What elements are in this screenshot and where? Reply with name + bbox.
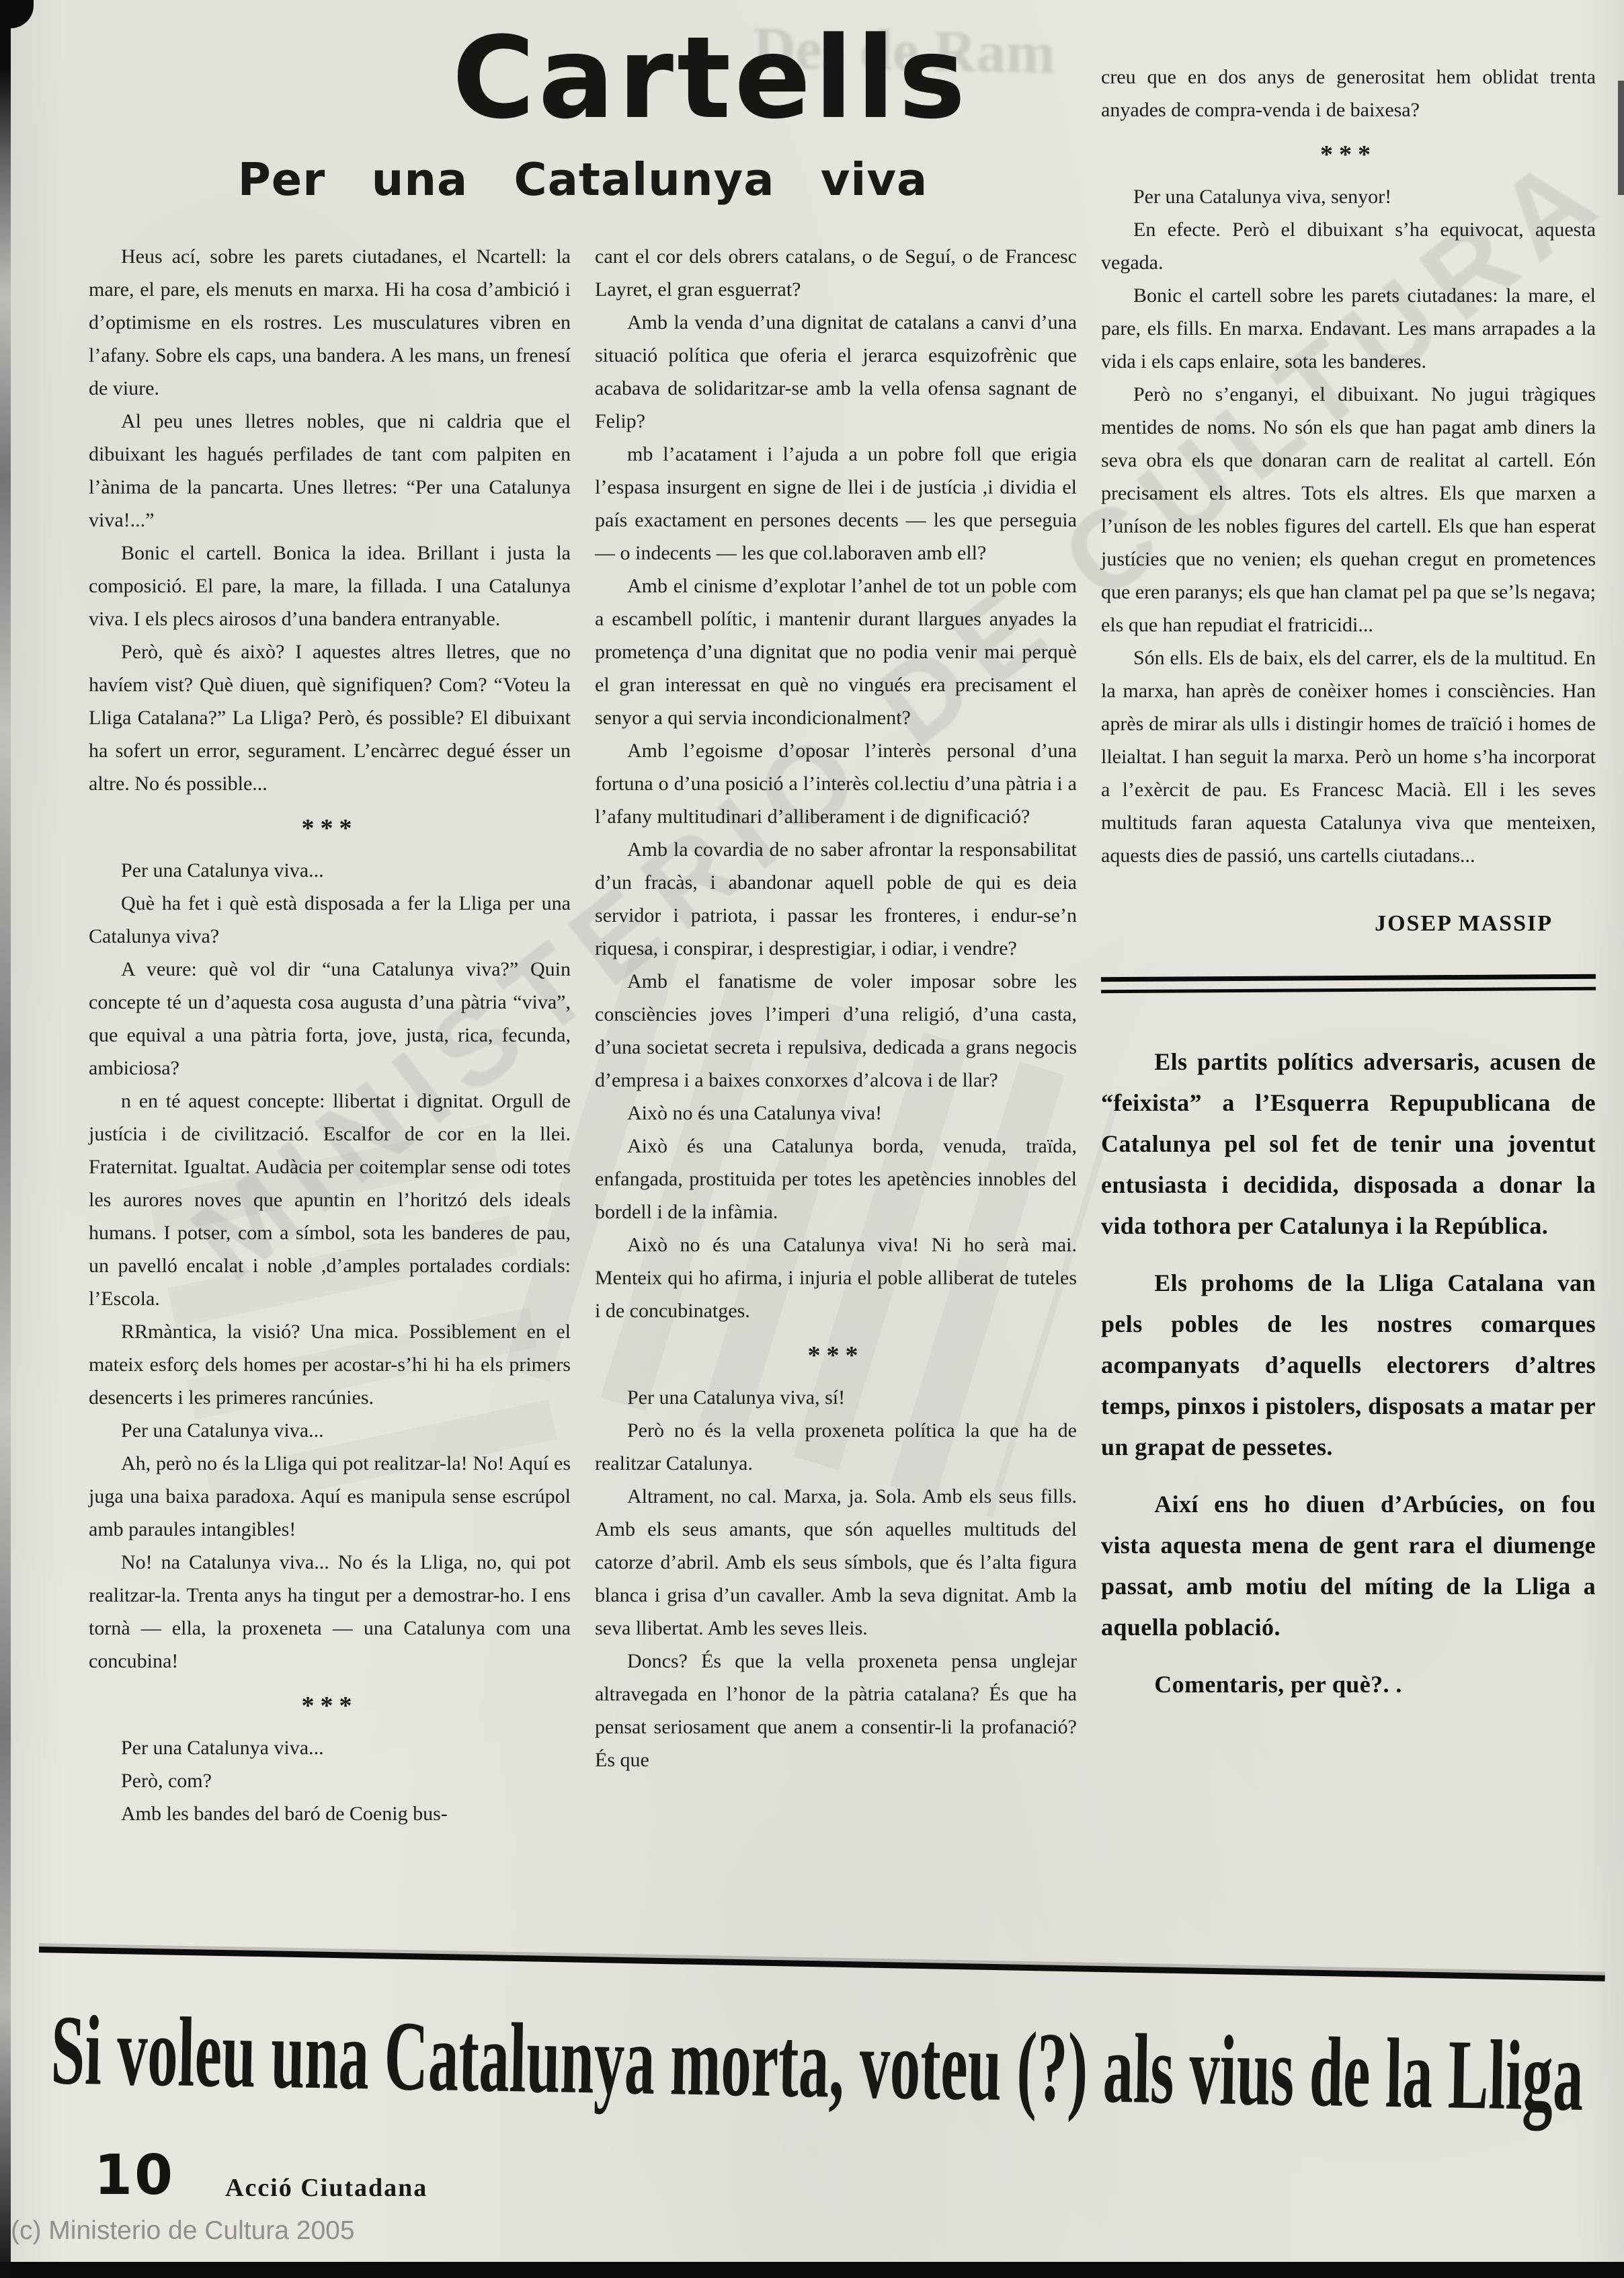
paragraph: Però no és la vella proxeneta política l… xyxy=(595,1414,1077,1480)
paragraph: Amb l’egoisme d’oposar l’interès persona… xyxy=(595,734,1077,833)
paragraph: Comentaris, per què?. . xyxy=(1101,1664,1596,1705)
paragraph: Això és una Catalunya borda, venuda, tra… xyxy=(595,1130,1077,1228)
article-subtitle: Per una Catalunya viva xyxy=(89,157,1077,202)
paragraph: Els prohoms de la Lliga Catalana van pel… xyxy=(1101,1263,1596,1468)
right-edge-mark xyxy=(1618,81,1624,195)
paragraph: Per una Catalunya viva... xyxy=(89,1731,571,1764)
paragraph: cant el cor dels obrers catalans, o de S… xyxy=(595,240,1077,306)
paragraph: Amb la covardia de no saber afrontar la … xyxy=(595,833,1077,965)
paragraph: Són ells. Els de baix, els del carrer, e… xyxy=(1101,641,1596,872)
editorial-note: Els partits polítics adversaris, acusen … xyxy=(1101,1042,1596,1705)
paragraph: Amb les bandes del baró de Coenig bus- xyxy=(89,1797,571,1830)
byline: JOSEP MASSIP xyxy=(1101,911,1596,937)
text-column-1: Heus ací, sobre les parets ciutadanes, e… xyxy=(89,240,571,1830)
paragraph: Per una Catalunya viva, senyor! xyxy=(1101,180,1596,213)
paragraph: Què ha fet i què està disposada a fer la… xyxy=(89,887,571,953)
paragraph: Per una Catalunya viva, sí! xyxy=(595,1381,1077,1414)
corner-mark xyxy=(0,0,34,28)
page-edge-shadow xyxy=(0,0,11,2278)
paragraph: Però no s’enganyi, el dibuixant. No jugu… xyxy=(1101,378,1596,641)
scan-bottom-bar xyxy=(0,2262,1624,2278)
campaign-banner: Si voleu una Catalunya morta, voteu (?) … xyxy=(43,1992,1591,2136)
page-content: Cartells Per una Catalunya viva Heus ací… xyxy=(89,17,1596,1830)
paragraph: Amb el fanatisme de voler imposar sobre … xyxy=(595,965,1077,1097)
article-title: Cartells xyxy=(452,22,969,134)
newspaper-page: { "page": { "title": "Cartells", "subtit… xyxy=(0,0,1624,2278)
paragraph: Amb el cinisme d’explotar l’anhel de tot… xyxy=(595,569,1077,734)
section-separator: *** xyxy=(89,814,571,843)
page-number: 10 xyxy=(94,2144,175,2207)
text-column-2: cant el cor dels obrers catalans, o de S… xyxy=(595,240,1077,1830)
column-3-paragraphs: creu que en dos anys de generositat hem … xyxy=(1101,61,1596,872)
paragraph: Bonic el cartell. Bonica la idea. Brilla… xyxy=(89,537,571,635)
paragraph: Això no és una Catalunya viva! Ni ho ser… xyxy=(595,1228,1077,1327)
paragraph: Altrament, no cal. Marxa, ja. Sola. Amb … xyxy=(595,1480,1077,1645)
publication-name: Acció Ciutadana xyxy=(225,2173,428,2203)
paragraph: Però, com? xyxy=(89,1764,571,1797)
copyright-notice: (c) Ministerio de Cultura 2005 xyxy=(11,2216,355,2246)
paragraph: Per una Catalunya viva... xyxy=(89,854,571,887)
paragraph: Per una Catalunya viva... xyxy=(89,1414,571,1447)
heavy-rule xyxy=(39,1947,1605,1981)
paragraph: Al peu unes lletres nobles, que ni caldr… xyxy=(89,405,571,537)
paragraph: Els partits polítics adversaris, acusen … xyxy=(1101,1042,1596,1247)
paragraph: No! na Catalunya viva... No és la Lliga,… xyxy=(89,1546,571,1678)
paragraph: Bonic el cartell sobre les parets ciutad… xyxy=(1101,279,1596,378)
paragraph: A veure: què vol dir “una Catalunya viva… xyxy=(89,953,571,1085)
banner-text: Si voleu una Catalunya morta, voteu (?) … xyxy=(50,1995,1585,2132)
paragraph: mb l’acatament i l’ajuda a un pobre foll… xyxy=(595,438,1077,569)
paragraph: n en té aquest concepte: llibertat i dig… xyxy=(89,1085,571,1315)
article-header: Cartells Per una Catalunya viva xyxy=(89,22,1077,202)
paragraph: Això no és una Catalunya viva! xyxy=(595,1097,1077,1130)
paragraph: creu que en dos anys de generositat hem … xyxy=(1101,61,1596,126)
paragraph: Però, què és això? I aquestes altres lle… xyxy=(89,635,571,800)
paragraph: Doncs? És que la vella proxeneta pensa u… xyxy=(595,1645,1077,1776)
section-separator: *** xyxy=(595,1341,1077,1370)
paragraph: En efecte. Però el dibuixant s’ha equivo… xyxy=(1101,213,1596,279)
paragraph: Així ens ho diuen d’Arbúcies, on fou vis… xyxy=(1101,1484,1596,1648)
text-column-3: creu que en dos anys de generositat hem … xyxy=(1101,17,1596,1830)
paragraph: Heus ací, sobre les parets ciutadanes, e… xyxy=(89,240,571,405)
double-rule xyxy=(1101,974,1596,993)
paragraph: Amb la venda d’una dignitat de catalans … xyxy=(595,306,1077,438)
paragraph: Ah, però no és la Lliga qui pot realitza… xyxy=(89,1447,571,1546)
paragraph: RRmàntica, la visió? Una mica. Possiblem… xyxy=(89,1315,571,1414)
section-separator: *** xyxy=(89,1691,571,1721)
section-separator: *** xyxy=(1101,140,1596,169)
